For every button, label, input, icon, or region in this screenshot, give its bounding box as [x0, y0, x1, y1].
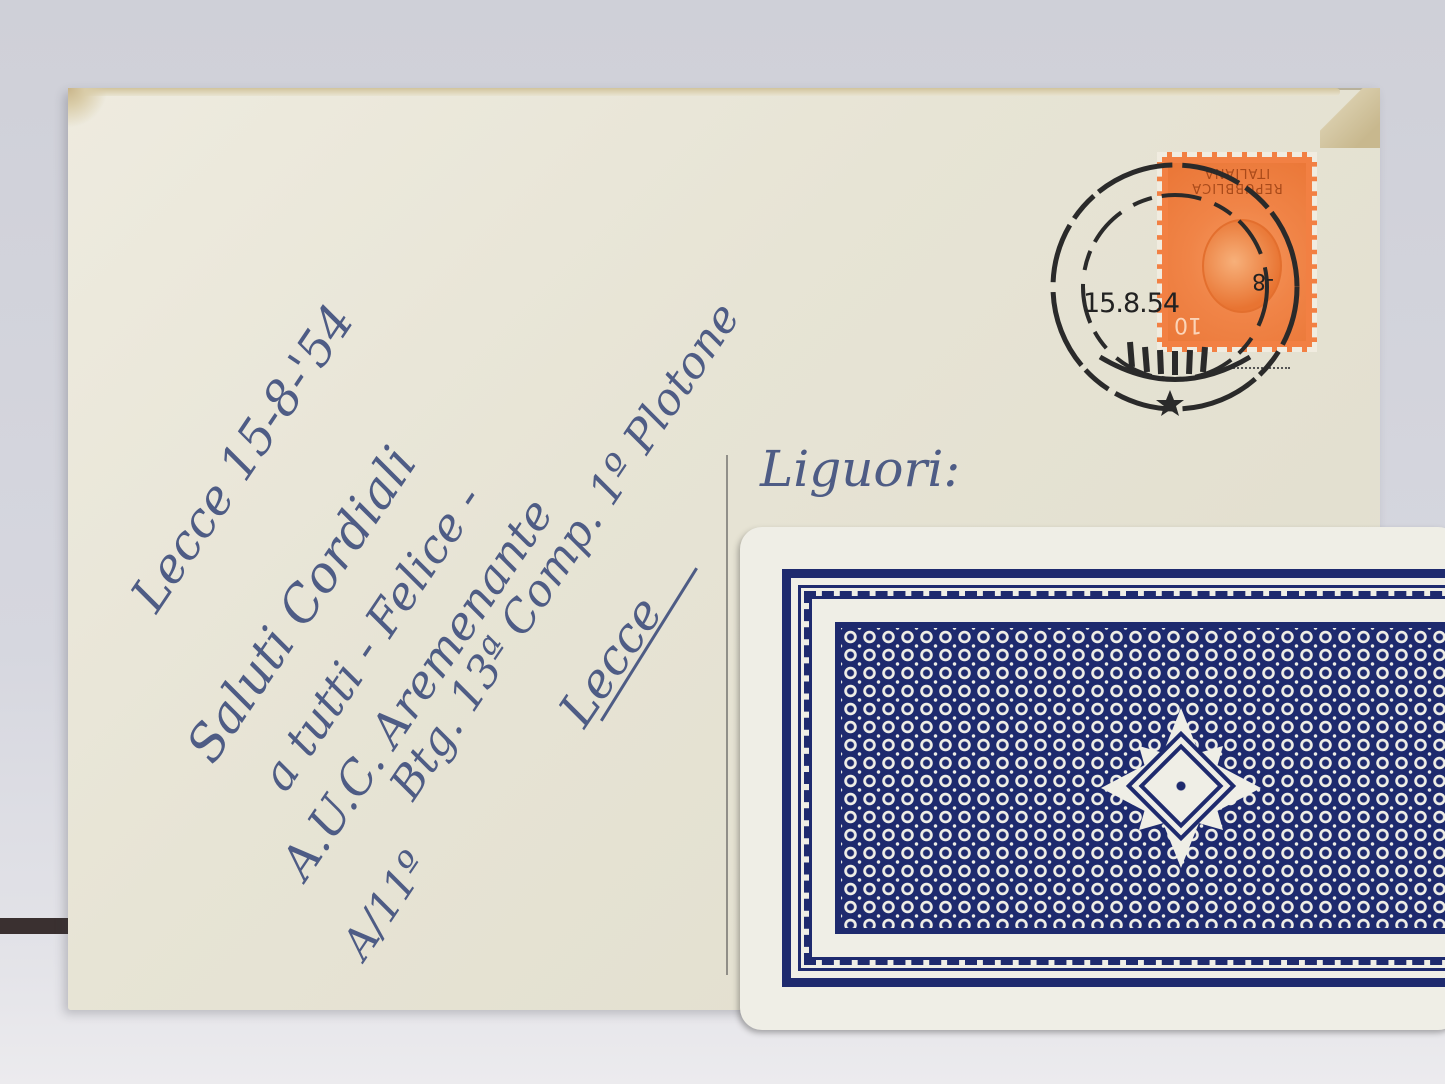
stamp-country: REPUBBLICA ITALIANA	[1162, 165, 1312, 195]
address-dotted-line	[1230, 367, 1290, 369]
card-pattern-field	[835, 622, 1445, 934]
postmark-hour: -8	[1252, 268, 1274, 293]
handwriting-addressee: Liguori:	[760, 440, 960, 498]
stamp-portrait-icon	[1202, 219, 1282, 313]
postcard-corner-stain	[68, 88, 108, 128]
postcard-worn-edge	[76, 88, 1340, 96]
card-border	[782, 569, 1445, 987]
postcard-folded-corner	[1320, 88, 1380, 148]
postmark-date: 15.8.54	[1083, 288, 1179, 319]
playing-card	[740, 527, 1445, 1030]
postage-stamp: REPUBBLICA ITALIANA 10	[1157, 152, 1317, 352]
postcard-divider-line	[726, 455, 728, 975]
background-shadow	[0, 918, 70, 934]
